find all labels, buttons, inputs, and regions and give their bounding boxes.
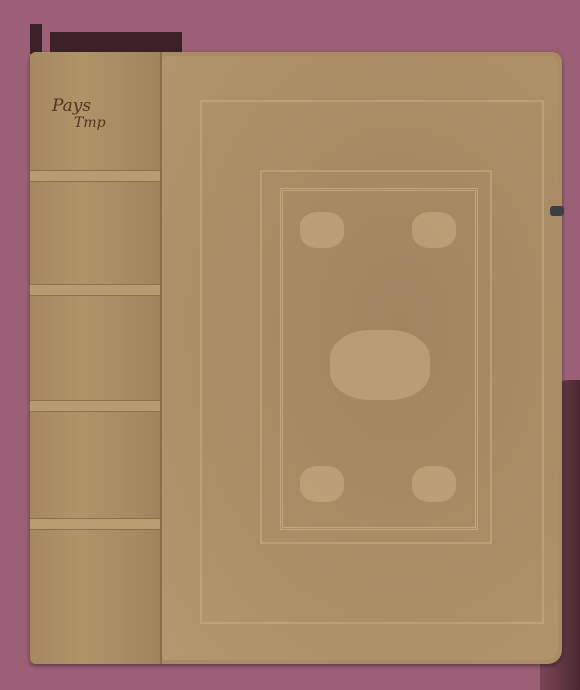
spine-title-line1: Pays bbox=[52, 98, 106, 115]
book-spine: Pays Tmp bbox=[30, 52, 162, 664]
corner-ornament bbox=[412, 466, 456, 502]
corner-ornament bbox=[412, 212, 456, 248]
spine-title-line2: Tmp bbox=[74, 115, 106, 132]
clasp-pin bbox=[550, 206, 564, 216]
spine-title: Pays Tmp bbox=[52, 98, 106, 132]
spine-band bbox=[30, 170, 160, 182]
corner-ornament bbox=[300, 212, 344, 248]
spine-tab-left bbox=[30, 24, 42, 54]
spine-tab-top bbox=[50, 32, 182, 54]
spine-band bbox=[30, 518, 160, 530]
corner-ornament bbox=[300, 466, 344, 502]
spine-band bbox=[30, 400, 160, 412]
center-ornament bbox=[330, 330, 430, 400]
spine-band bbox=[30, 284, 160, 296]
